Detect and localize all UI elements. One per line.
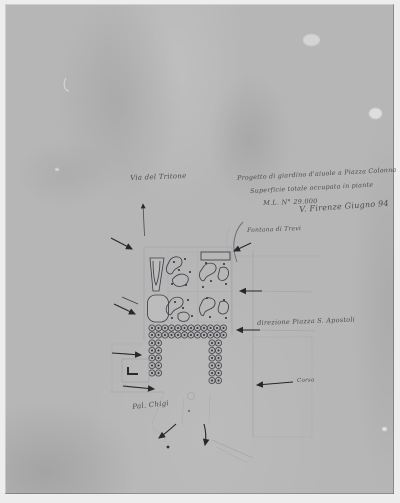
tree-center-dot (158, 350, 160, 352)
tree-center-dot (211, 365, 213, 367)
archival-photo: Via del Tritone Progetto di giardino d'a… (0, 0, 400, 503)
tree-center-dot (218, 357, 220, 359)
tree-center-dot (158, 357, 160, 359)
tree-center-dot (190, 334, 192, 336)
flowerbed-blob (166, 257, 182, 274)
parterre-quadrant (200, 297, 229, 319)
tree-center-dot (158, 334, 160, 336)
tree-center-dot (151, 372, 153, 374)
arrow-west-upper (114, 304, 135, 314)
arrow-northwest (111, 238, 132, 249)
tree-grid (149, 325, 227, 384)
tree-center-dot (151, 365, 153, 367)
tree-center-dot (216, 334, 218, 336)
tree-center-dot (210, 334, 212, 336)
tree-center-dot (197, 327, 199, 329)
kiosk-mark (128, 367, 138, 374)
tree-center-dot (210, 327, 212, 329)
tree-center-dot (158, 327, 160, 329)
tree-center-dot (184, 334, 186, 336)
flowerbed-blob (218, 267, 229, 280)
tree-center-dot (158, 342, 160, 344)
tree-center-dot (197, 334, 199, 336)
flowerbed-blob (218, 301, 229, 314)
arrow-south-right (204, 424, 206, 445)
tree-center-dot (171, 334, 173, 336)
tree-center-dot (203, 327, 205, 329)
flowerbed-blob (200, 298, 216, 316)
tree-center-dot (177, 327, 179, 329)
plan-drawing (0, 0, 400, 503)
label-corso: Corso (297, 377, 315, 384)
tree-center-dot (211, 342, 213, 344)
tree-center-dot (211, 350, 213, 352)
flowerbed-blob (178, 312, 189, 321)
flowerbed-blob (200, 263, 217, 281)
arrow-west-lower (112, 353, 141, 355)
kiosk-square (122, 359, 149, 382)
tree-center-dot (218, 350, 220, 352)
ink-dot (188, 410, 190, 412)
tree-center-dot (151, 327, 153, 329)
tree-center-dot (164, 327, 166, 329)
tree-center-dot (203, 334, 205, 336)
tree-center-dot (184, 327, 186, 329)
tree-center-dot (151, 350, 153, 352)
arrow-corso (257, 382, 293, 385)
tree-center-dot (216, 327, 218, 329)
scratch-mark (64, 78, 69, 91)
arrow-trevi (234, 243, 251, 251)
ink-dot (167, 446, 170, 449)
tree-center-dot (218, 365, 220, 367)
arrow-west-upper-line (122, 297, 138, 304)
tree-center-dot (211, 357, 213, 359)
tree-center-dot (190, 327, 192, 329)
tree-center-dot (218, 372, 220, 374)
arrow-south-left (159, 424, 176, 438)
tree-center-dot (218, 380, 220, 382)
tree-center-dot (211, 380, 213, 382)
tree-center-dot (218, 342, 220, 344)
tree-center-dot (158, 372, 160, 374)
parterre-quadrant (166, 297, 193, 321)
tree-center-dot (223, 334, 225, 336)
flowerbed-v (150, 258, 164, 291)
tree-center-dot (151, 357, 153, 359)
tree-center-dot (164, 334, 166, 336)
tree-center-dot (177, 334, 179, 336)
parterre-quadrant (200, 252, 230, 288)
tree-center-dot (211, 372, 213, 374)
flowerbed-round (148, 295, 169, 322)
tree-center-dot (151, 334, 153, 336)
tree-center-dot (151, 342, 153, 344)
tree-center-dot (171, 327, 173, 329)
parterre-garden (148, 252, 232, 322)
basin-rect (201, 252, 230, 260)
tree-center-dot (158, 365, 160, 367)
arrow-southwest (123, 386, 154, 389)
tree-center-dot (223, 327, 225, 329)
parterre-quadrant (166, 257, 191, 287)
